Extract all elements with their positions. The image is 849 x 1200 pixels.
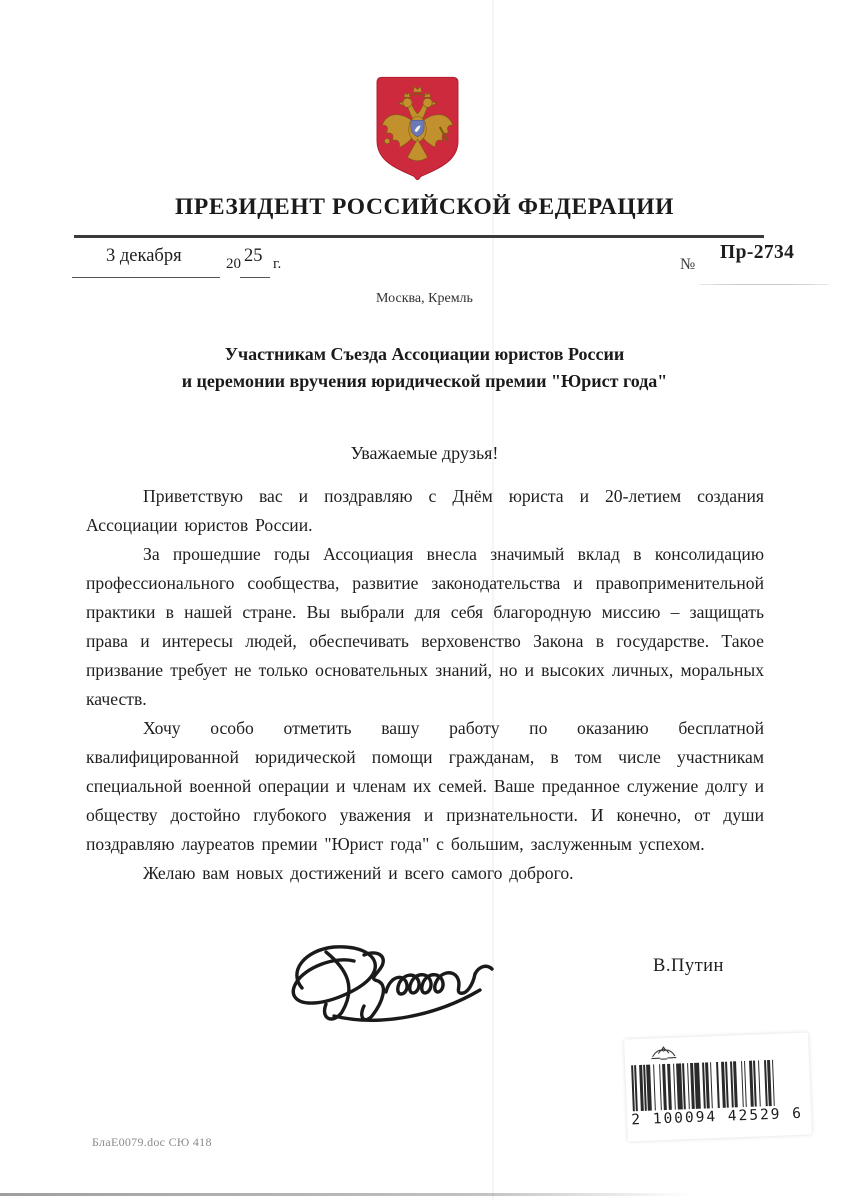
- addressee-line-2: и церемонии вручения юридической премии …: [0, 368, 849, 395]
- document-number-block: № Пр-2734: [680, 240, 840, 286]
- paragraph: За прошедшие годы Ассоциация внесла знач…: [86, 540, 764, 714]
- date-suffix: г.: [273, 256, 281, 273]
- letter-body: Приветствую вас и поздравляю с Днём юрис…: [86, 482, 764, 888]
- paragraph: Приветствую вас и поздравляю с Днём юрис…: [86, 482, 764, 540]
- salutation: Уважаемые друзья!: [0, 443, 849, 464]
- addressee-line-1: Участникам Съезда Ассоциации юристов Рос…: [0, 341, 849, 368]
- date-block: 3 декабря 20 25 г.: [70, 246, 330, 282]
- date-year: 25: [244, 246, 263, 267]
- place-line: Москва, Кремль: [0, 291, 849, 307]
- document-number: Пр-2734: [720, 242, 794, 264]
- scan-edge-artifact: [0, 1193, 690, 1196]
- number-underline: [698, 284, 830, 285]
- letterhead-divider: [74, 235, 764, 238]
- number-sign: №: [680, 256, 695, 274]
- barcode-sticker: 2 100094 42529 6: [624, 1033, 812, 1142]
- paragraph: Хочу особо отметить вашу работу по оказа…: [86, 714, 764, 859]
- year-underline: [240, 277, 270, 278]
- date-century: 20: [226, 256, 241, 273]
- russian-coat-of-arms-icon: [374, 74, 461, 180]
- barcode-bars: [631, 1059, 803, 1111]
- addressee-block: Участникам Съезда Ассоциации юристов Рос…: [0, 341, 849, 395]
- date-day-month: 3 декабря: [106, 246, 182, 267]
- small-eagle-stamp-icon: [648, 1043, 679, 1062]
- paragraph: Желаю вам новых достижений и всего самог…: [86, 859, 764, 888]
- letterhead-title: ПРЕЗИДЕНТ РОССИЙСКОЙ ФЕДЕРАЦИИ: [0, 194, 849, 221]
- handwritten-signature-icon: [268, 928, 578, 1038]
- scanned-letter-page: ПРЕЗИДЕНТ РОССИЙСКОЙ ФЕДЕРАЦИИ 3 декабря…: [0, 0, 849, 1200]
- footer-document-reference: БлаЕ0079.doc СЮ 418: [92, 1135, 212, 1150]
- signer-name: В.Путин: [653, 956, 724, 977]
- date-underline: [72, 277, 220, 278]
